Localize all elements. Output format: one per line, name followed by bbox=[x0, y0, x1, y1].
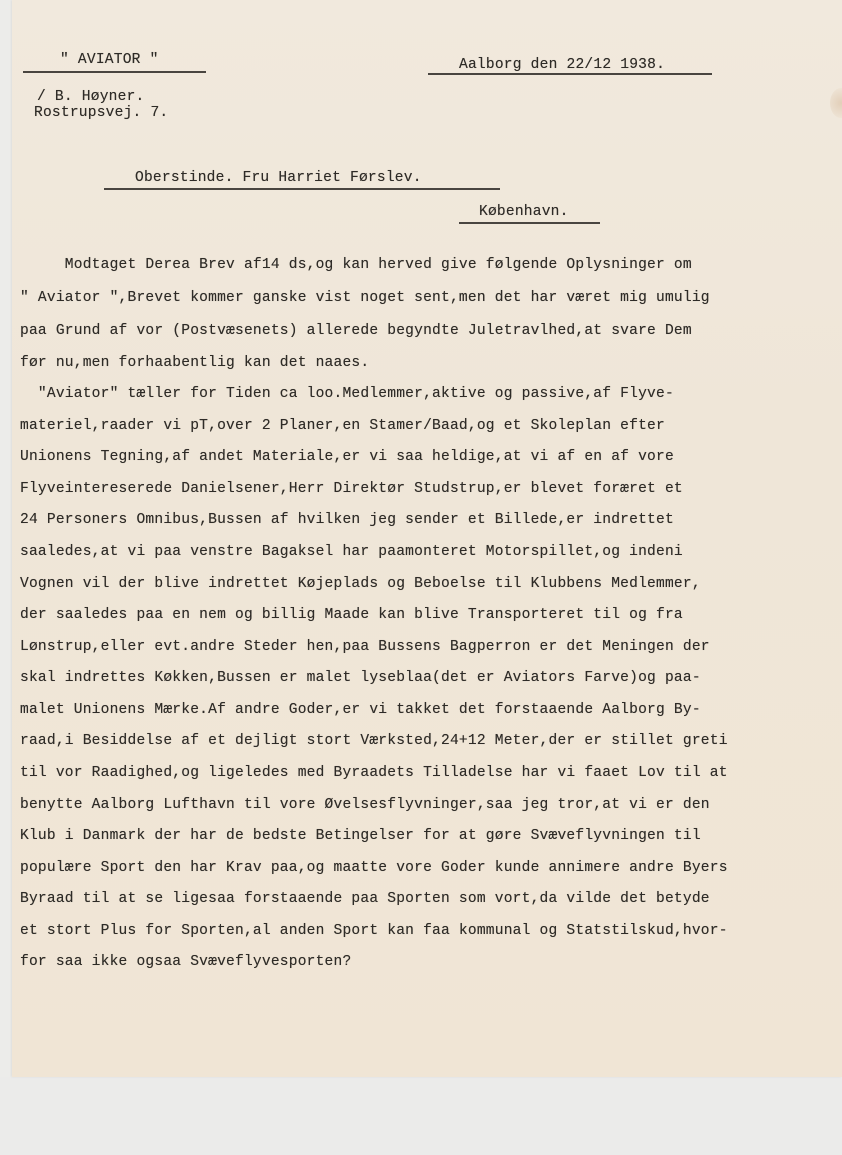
body-line: saaledes,at vi paa venstre Bagaksel har … bbox=[20, 544, 683, 560]
body-line: 24 Personers Omnibus,Bussen af hvilken j… bbox=[20, 512, 674, 528]
body-line: til vor Raadighed,og ligeledes med Byraa… bbox=[20, 765, 728, 781]
body-line: " Aviator ",Brevet kommer ganske vist no… bbox=[20, 290, 710, 306]
body-line: Modtaget Derea Brev af14 ds,og kan herve… bbox=[20, 257, 692, 273]
body-line: malet Unionens Mærke.Af andre Goder,er v… bbox=[20, 702, 701, 718]
scanner-background bbox=[0, 1077, 842, 1155]
recipient-city: København. bbox=[479, 204, 569, 220]
body-line: der saaledes paa en nem og billig Maade … bbox=[20, 607, 683, 623]
body-line: Klub i Danmark der har de bedste Betinge… bbox=[20, 828, 701, 844]
body-line: skal indrettes Køkken,Bussen er malet ly… bbox=[20, 670, 701, 686]
place-and-date: Aalborg den 22/12 1938. bbox=[459, 57, 665, 73]
body-line: for saa ikke ogsaa Svæveflyvesporten? bbox=[20, 954, 351, 970]
body-line: materiel,raader vi pT,over 2 Planer,en S… bbox=[20, 418, 665, 434]
paper-stain bbox=[830, 88, 842, 118]
body-line: populære Sport den har Krav paa,og maatt… bbox=[20, 860, 728, 876]
recipient-name-underline bbox=[104, 188, 500, 190]
sender-club-name: " AVIATOR " bbox=[60, 52, 159, 68]
letter-page bbox=[12, 0, 842, 1077]
body-line: benytte Aalborg Lufthavn til vore Øvelse… bbox=[20, 797, 710, 813]
body-line: raad,i Besiddelse af et dejligt stort Væ… bbox=[20, 733, 728, 749]
sender-address: Rostrupsvej. 7. bbox=[34, 105, 168, 121]
body-line: Unionens Tegning,af andet Materiale,er v… bbox=[20, 449, 674, 465]
body-line: Byraad til at se ligesaa forstaaende paa… bbox=[20, 891, 710, 907]
date-underline bbox=[428, 73, 712, 75]
body-line: "Aviator" tæller for Tiden ca loo.Medlem… bbox=[20, 386, 674, 402]
body-line: Flyveintereserede Danielsener,Herr Direk… bbox=[20, 481, 683, 497]
body-line: før nu,men forhaabentlig kan det naaes. bbox=[20, 355, 369, 371]
body-line: et stort Plus for Sporten,al anden Sport… bbox=[20, 923, 728, 939]
sender-contact: / B. Høyner. bbox=[37, 89, 145, 105]
body-line: Lønstrup,eller evt.andre Steder hen,paa … bbox=[20, 639, 710, 655]
body-line: paa Grund af vor (Postvæsenets) allerede… bbox=[20, 323, 692, 339]
sender-club-underline bbox=[23, 71, 206, 73]
recipient-city-underline bbox=[459, 222, 600, 224]
body-line: Vognen vil der blive indrettet Køjeplads… bbox=[20, 576, 701, 592]
recipient-name: Oberstinde. Fru Harriet Førslev. bbox=[135, 170, 422, 186]
